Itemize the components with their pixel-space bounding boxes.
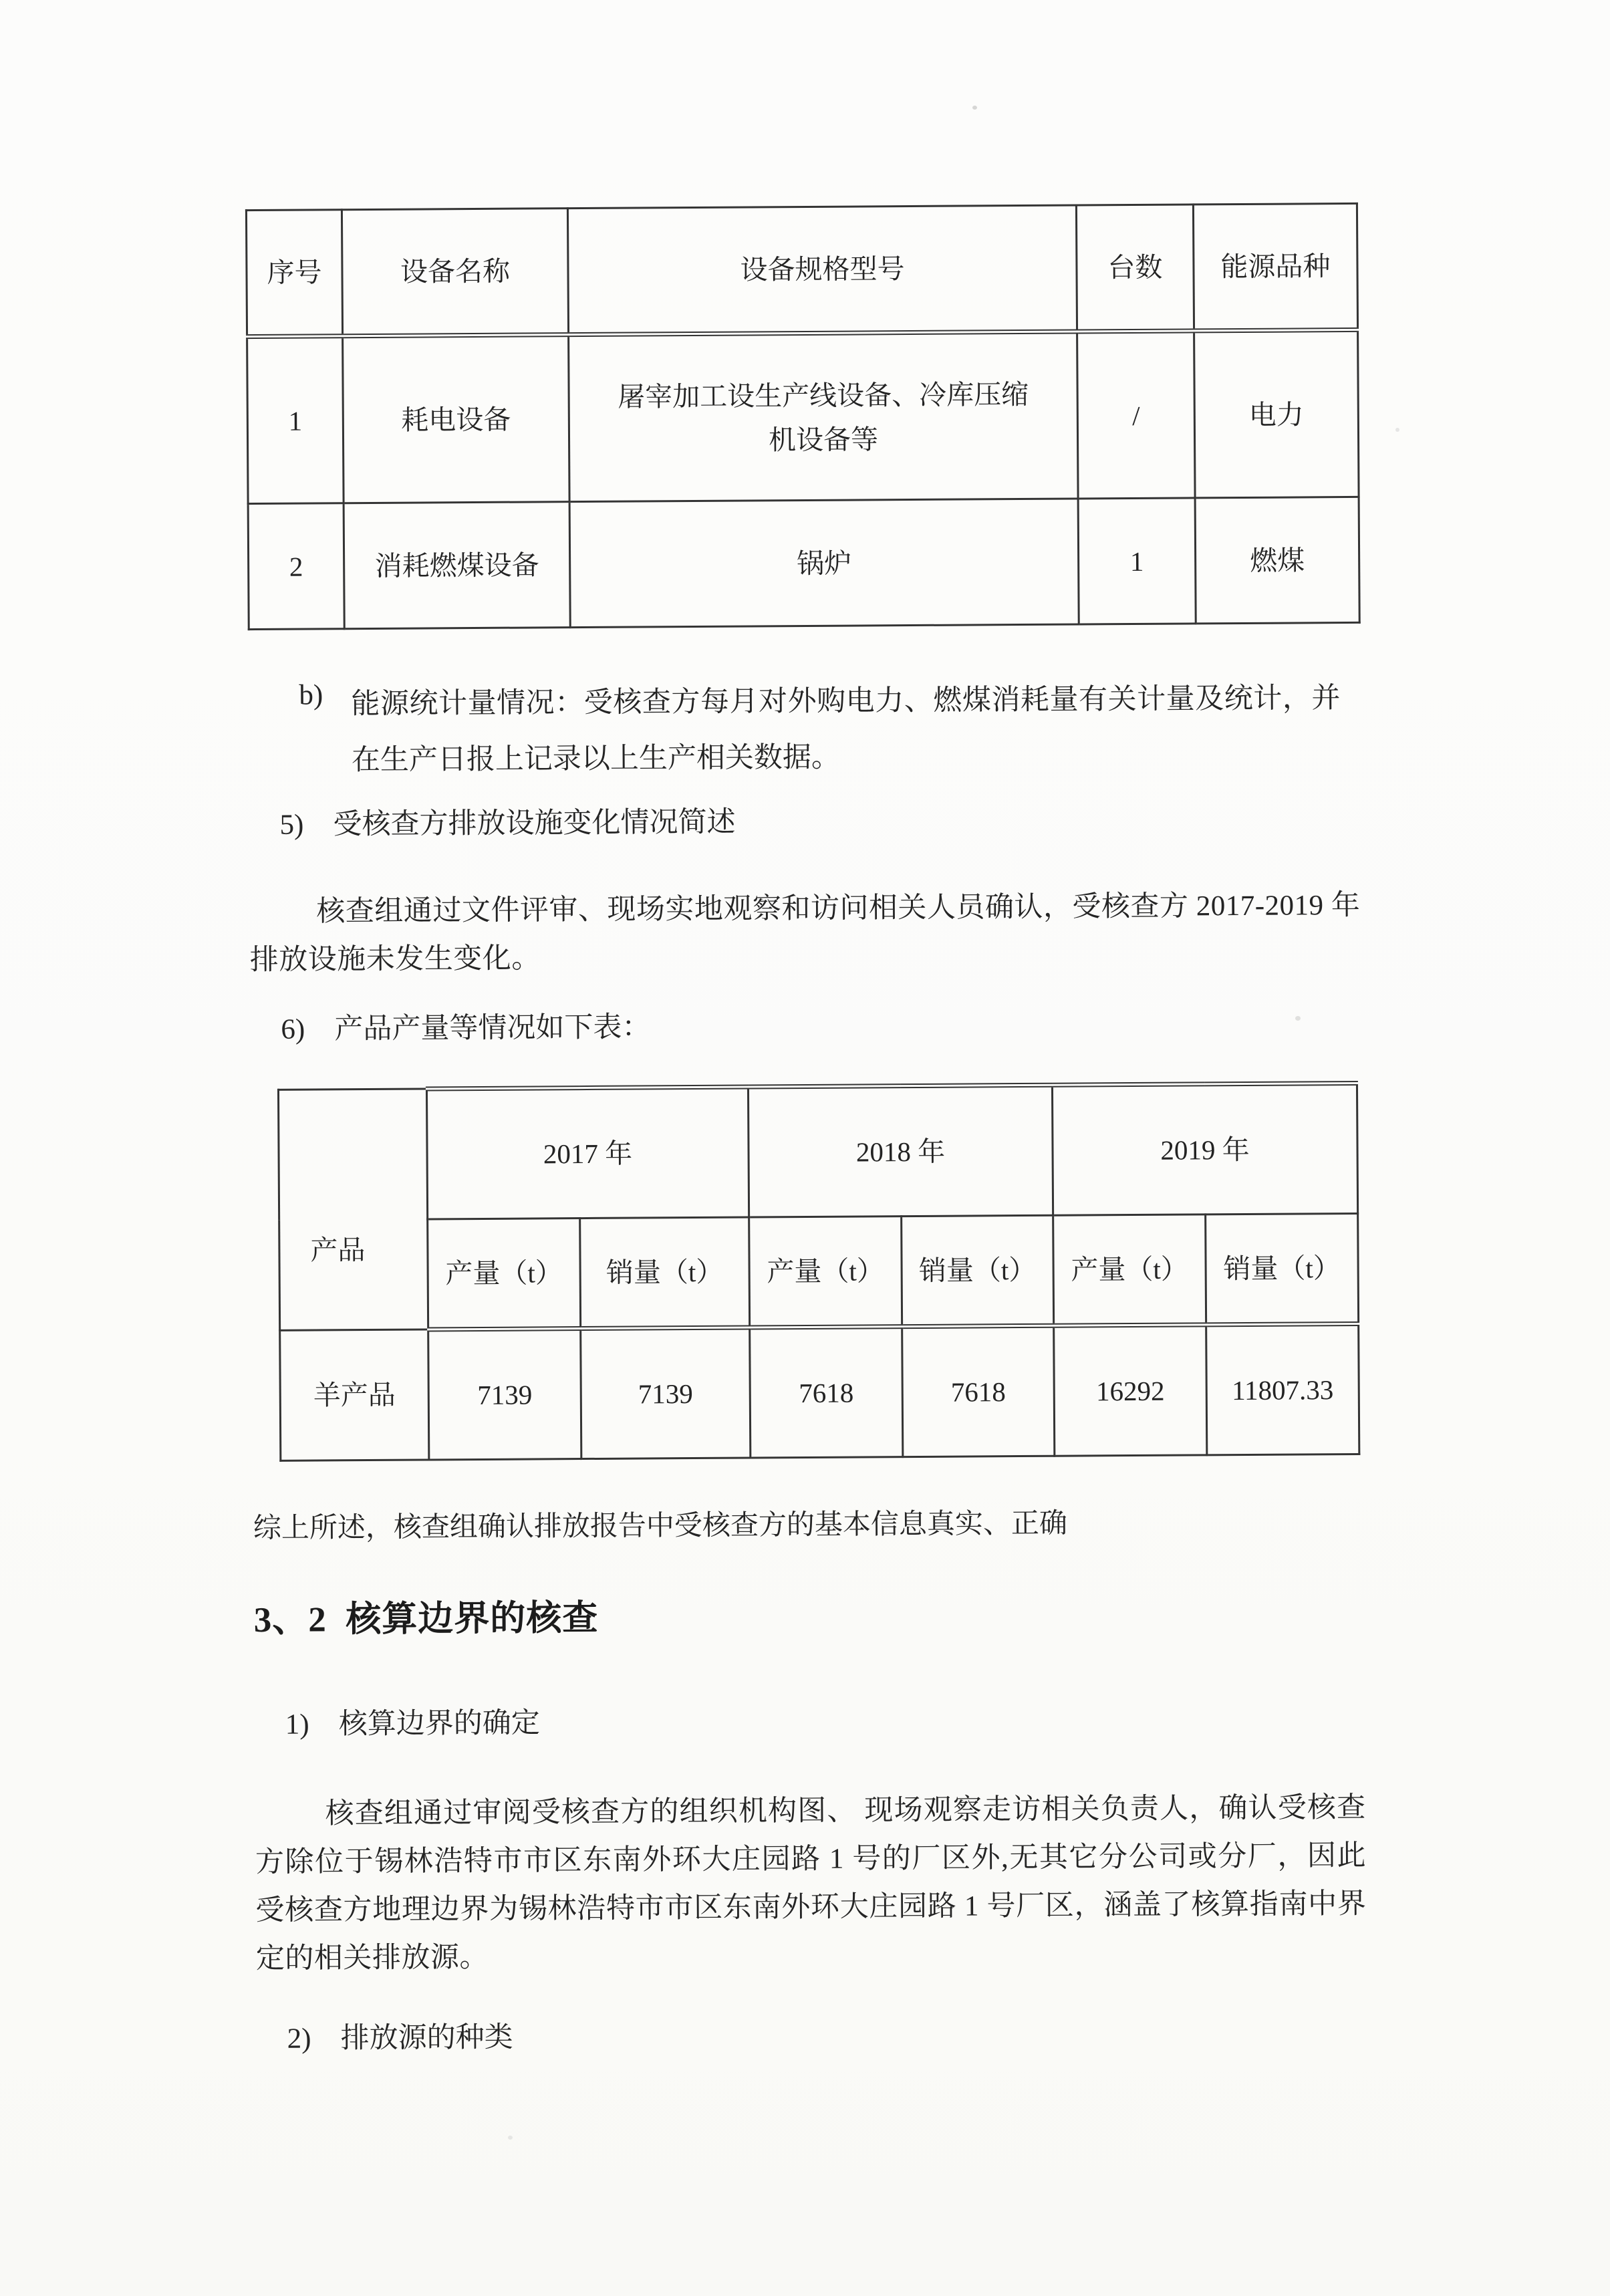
list-item-label: 2): [287, 2020, 340, 2057]
table-cell: /: [1077, 331, 1196, 499]
table-row: 2 消耗燃煤设备 锅炉 1 燃煤: [248, 497, 1359, 629]
corner-cell: 产品: [278, 1089, 428, 1330]
header-cell: 序号: [246, 210, 342, 337]
header-cell: 设备名称: [342, 209, 568, 336]
list-item-text: 产品产量等情况如下表：: [334, 1009, 650, 1048]
table-cell: 羊产品: [280, 1329, 429, 1460]
table-row: 羊产品 7139 7139 7618 7618 16292 11807.33: [280, 1323, 1359, 1460]
list-item-text: 受核查方排放设施变化情况简述: [333, 804, 735, 844]
table-cell: 1: [1078, 498, 1196, 624]
list-item-label: b): [299, 676, 351, 714]
table-cell: 锅炉: [569, 499, 1079, 628]
measure-header-cell: 销量（t）: [580, 1217, 750, 1329]
paragraph-accounting-boundary: 核查组通过审阅受核查方的组织机构图、 现场观察走访相关负责人，确认受核查方除位于…: [255, 1784, 1367, 1983]
table-cell: 7139: [581, 1327, 751, 1459]
list-item-5: 5) 受核查方排放设施变化情况简述: [279, 799, 1609, 844]
scan-speckle: [508, 2136, 513, 2140]
list-item-text: 核算边界的确定: [339, 1704, 540, 1743]
scanned-content: 序号 设备名称 设备规格型号 台数 能源品种 1 耗电设备 屠宰加工设生产线设备…: [0, 201, 1610, 2060]
document-page: 序号 设备名称 设备规格型号 台数 能源品种 1 耗电设备 屠宰加工设生产线设备…: [0, 0, 1610, 2296]
table-row: 1 耗电设备 屠宰加工设生产线设备、冷库压缩机设备等 / 电力: [247, 330, 1359, 503]
paragraph-facilities-change: 核查组通过文件评审、现场实地观察和访问相关人员确认，受核查方 2017-2019…: [249, 882, 1361, 985]
scan-speckle: [972, 106, 977, 110]
list-item-label: 5): [279, 806, 333, 844]
table-cell: 1: [247, 336, 344, 504]
table-cell: 燃煤: [1195, 497, 1359, 623]
table-cell: 7139: [428, 1329, 581, 1460]
list-item-1: 1) 核算边界的确定: [285, 1698, 1610, 1744]
list-item-label: 1): [285, 1706, 339, 1743]
header-cell: 能源品种: [1193, 203, 1357, 330]
list-item-b: b) 能源统计量情况：受核查方每月对外购电力、燃煤消耗量有关计量及统计，并在生产…: [299, 670, 1362, 789]
product-table-year-row: 产品 2017 年 2018 年 2019 年: [278, 1083, 1357, 1220]
table-cell: 16292: [1054, 1325, 1207, 1456]
list-item-text: 排放源的种类: [340, 2019, 513, 2058]
year-header-cell: 2018 年: [748, 1085, 1053, 1217]
table-cell: 消耗燃煤设备: [344, 502, 570, 629]
equipment-table: 序号 设备名称 设备规格型号 台数 能源品种 1 耗电设备 屠宰加工设生产线设备…: [245, 203, 1361, 630]
product-table: 产品 2017 年 2018 年 2019 年 产量（t） 销量（t） 产量（t…: [277, 1081, 1360, 1462]
list-item-2: 2) 排放源的种类: [287, 2013, 1610, 2058]
year-header-cell: 2019 年: [1052, 1083, 1357, 1215]
table-cell: 11807.33: [1206, 1323, 1359, 1454]
scan-speckle: [1395, 428, 1399, 432]
list-item-6: 6) 产品产量等情况如下表：: [281, 1003, 1610, 1049]
product-table-measure-row: 产量（t） 销量（t） 产量（t） 销量（t） 产量（t） 销量（t）: [279, 1213, 1359, 1330]
table-cell: 电力: [1194, 330, 1359, 497]
table-cell: 2: [248, 503, 344, 630]
measure-header-cell: 产量（t）: [749, 1217, 902, 1327]
scan-speckle: [1295, 1016, 1301, 1021]
section-heading: 3、2 核算边界的核查: [254, 1593, 1610, 1640]
table-cell: 7618: [750, 1327, 903, 1458]
list-item-label: 6): [281, 1011, 334, 1048]
measure-header-cell: 产量（t）: [1053, 1215, 1206, 1325]
table-cell: 7618: [902, 1325, 1055, 1456]
year-header-cell: 2017 年: [426, 1087, 749, 1219]
table-cell: 屠宰加工设生产线设备、冷库压缩机设备等: [569, 332, 1079, 502]
table-cell: 耗电设备: [343, 335, 570, 503]
measure-header-cell: 销量（t）: [1206, 1213, 1359, 1324]
measure-header-cell: 产量（t）: [428, 1219, 581, 1329]
equipment-table-header-row: 序号 设备名称 设备规格型号 台数 能源品种: [246, 203, 1357, 336]
list-item-text: 能源统计量情况：受核查方每月对外购电力、燃煤消耗量有关计量及统计，并在生产日报上…: [351, 670, 1341, 789]
summary-text: 综上所述，核查组确认排放报告中受核查方的基本信息真实、正确: [253, 1503, 1389, 1547]
header-cell: 设备规格型号: [567, 205, 1077, 335]
header-cell: 台数: [1076, 205, 1194, 332]
measure-header-cell: 销量（t）: [902, 1215, 1054, 1326]
